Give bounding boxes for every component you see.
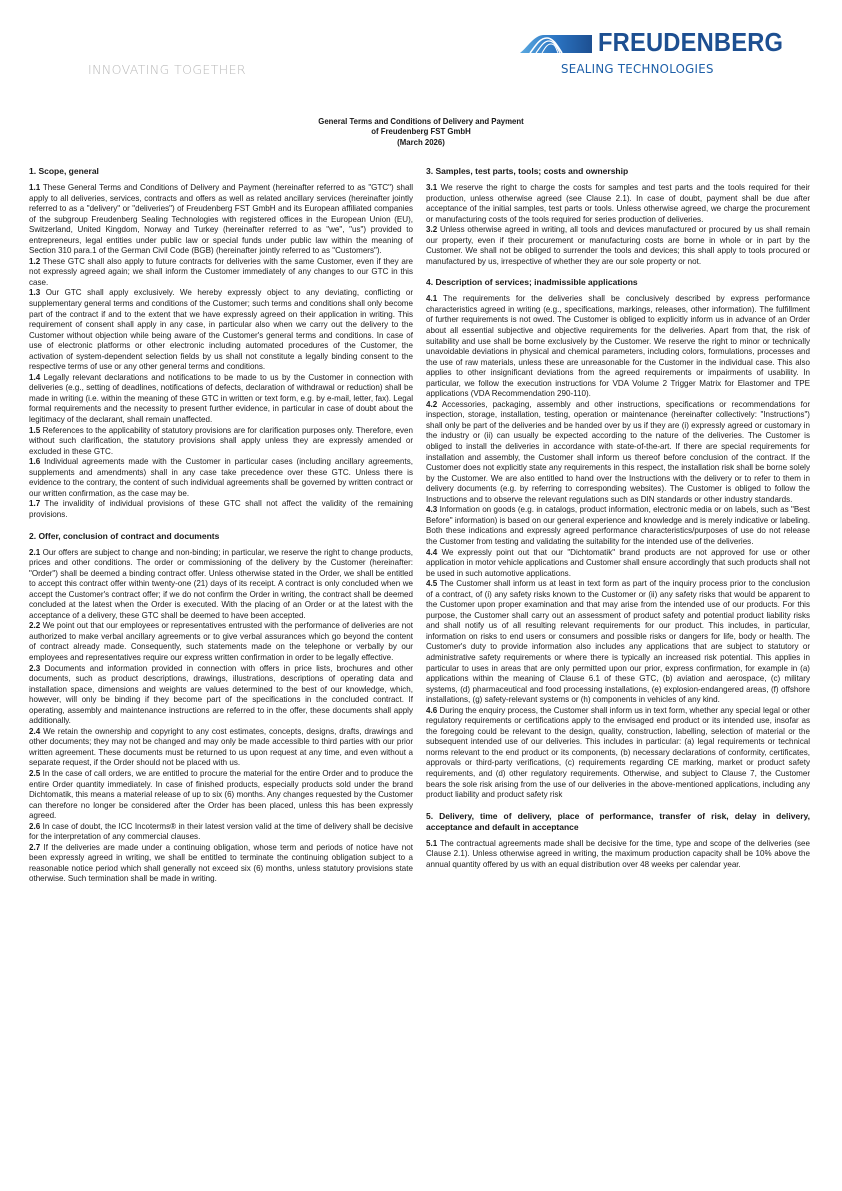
clause-paragraph: 2.2 We point out that our employees or r… [29, 621, 413, 663]
clause-paragraph: 2.1 Our offers are subject to change and… [29, 548, 413, 622]
clause-text: If the deliveries are made under a conti… [29, 843, 413, 884]
clause-number: 1.7 [29, 499, 40, 508]
clause-text: Documents and information provided in co… [29, 664, 413, 726]
clause-text: We expressly point out that our "Dichtom… [426, 548, 810, 578]
clause-text: The Customer shall inform us at least in… [426, 579, 810, 704]
clause-paragraph: 1.6 Individual agreements made with the … [29, 457, 413, 499]
title-line-1: General Terms and Conditions of Delivery… [29, 116, 812, 126]
title-line-2: of Freudenberg FST GmbH [29, 126, 812, 136]
clause-text: References to the applicability of statu… [29, 426, 413, 456]
clause-number: 4.5 [426, 579, 437, 588]
clause-number: 2.4 [29, 727, 40, 736]
clause-text: Individual agreements made with the Cust… [29, 457, 413, 498]
clause-number: 2.5 [29, 769, 40, 778]
clause-number: 3.2 [426, 225, 437, 234]
title-line-3: (March 2026) [29, 137, 812, 147]
clause-paragraph: 2.3 Documents and information provided i… [29, 664, 413, 727]
clause-number: 5.1 [426, 839, 437, 848]
clause-number: 2.1 [29, 548, 40, 557]
company-logo: FREUDENBERG SEALING TECHNOLOGIES [520, 30, 780, 80]
clause-number: 4.2 [426, 400, 437, 409]
clause-paragraph: 2.6 In case of doubt, the ICC Incoterms®… [29, 822, 413, 843]
clause-text: We retain the ownership and copyright to… [29, 727, 413, 768]
clause-number: 1.2 [29, 257, 40, 266]
clause-number: 4.4 [426, 548, 437, 557]
clause-paragraph: 1.2 These GTC shall also apply to future… [29, 257, 413, 289]
clause-number: 2.7 [29, 843, 40, 852]
clause-paragraph: 4.6 During the enquiry process, the Cust… [426, 706, 810, 801]
freudenberg-wave-icon [520, 33, 592, 53]
document-title: General Terms and Conditions of Delivery… [29, 116, 812, 147]
section: 2. Offer, conclusion of contract and doc… [29, 531, 413, 886]
logo-brand-text: FREUDENBERG [598, 29, 783, 58]
clause-paragraph: 4.2 Accessories, packaging, assembly and… [426, 400, 810, 505]
section-heading: 5. Delivery, time of delivery, place of … [426, 811, 810, 833]
section: 3. Samples, test parts, tools; costs and… [426, 166, 810, 267]
section-heading: 1. Scope, general [29, 166, 413, 177]
clause-paragraph: 4.5 The Customer shall inform us at leas… [426, 579, 810, 706]
clause-text: The requirements for the deliveries shal… [426, 294, 810, 398]
tagline: INNOVATING TOGETHER [88, 62, 246, 77]
clause-number: 2.2 [29, 621, 40, 630]
logo-division-text: SEALING TECHNOLOGIES [561, 61, 714, 76]
clause-number: 2.3 [29, 664, 40, 673]
section-heading: 4. Description of services; inadmissible… [426, 277, 810, 288]
section: 5. Delivery, time of delivery, place of … [426, 811, 810, 871]
clause-paragraph: 5.1 The contractual agreements made shal… [426, 839, 810, 871]
section-heading: 3. Samples, test parts, tools; costs and… [426, 166, 810, 177]
clause-paragraph: 2.7 If the deliveries are made under a c… [29, 843, 413, 885]
clause-number: 2.6 [29, 822, 40, 831]
clause-paragraph: 1.1 These General Terms and Conditions o… [29, 183, 413, 257]
clause-number: 4.1 [426, 294, 437, 303]
clause-paragraph: 4.1 The requirements for the deliveries … [426, 294, 810, 399]
left-column: 1. Scope, general1.1 These General Terms… [29, 166, 413, 895]
clause-paragraph: 1.4 Legally relevant declarations and no… [29, 373, 413, 426]
clause-paragraph: 2.5 In the case of call orders, we are e… [29, 769, 413, 822]
clause-number: 4.3 [426, 505, 437, 514]
clause-text: These GTC shall also apply to future con… [29, 257, 413, 287]
clause-paragraph: 3.1 We reserve the right to charge the c… [426, 183, 810, 225]
clause-number: 1.3 [29, 288, 40, 297]
clause-number: 3.1 [426, 183, 437, 192]
clause-text: The contractual agreements made shall be… [426, 839, 810, 869]
clause-text: During the enquiry process, the Customer… [426, 706, 810, 799]
clause-text: Accessories, packaging, assembly and oth… [426, 400, 810, 504]
clause-text: We reserve the right to charge the costs… [426, 183, 810, 224]
clause-text: Our offers are subject to change and non… [29, 548, 413, 620]
clause-number: 1.5 [29, 426, 40, 435]
clause-text: Legally relevant declarations and notifi… [29, 373, 413, 424]
clause-text: The invalidity of individual provisions … [29, 499, 413, 519]
clause-text: In the case of call orders, we are entit… [29, 769, 413, 820]
right-column: 3. Samples, test parts, tools; costs and… [426, 166, 810, 880]
section: 4. Description of services; inadmissible… [426, 277, 810, 800]
clause-number: 1.4 [29, 373, 40, 382]
clause-text: Unless otherwise agreed in writing, all … [426, 225, 810, 266]
clause-number: 1.6 [29, 457, 40, 466]
section-heading: 2. Offer, conclusion of contract and doc… [29, 531, 413, 542]
clause-paragraph: 1.5 References to the applicability of s… [29, 426, 413, 458]
clause-paragraph: 1.3 Our GTC shall apply exclusively. We … [29, 288, 413, 372]
section: 1. Scope, general1.1 These General Terms… [29, 166, 413, 521]
clause-paragraph: 4.3 Information on goods (e.g. in catalo… [426, 505, 810, 547]
clause-paragraph: 1.7 The invalidity of individual provisi… [29, 499, 413, 520]
clause-paragraph: 4.4 We expressly point out that our "Dic… [426, 548, 810, 580]
clause-text: These General Terms and Conditions of De… [29, 183, 413, 255]
clause-text: In case of doubt, the ICC Incoterms® in … [29, 822, 413, 842]
clause-paragraph: 3.2 Unless otherwise agreed in writing, … [426, 225, 810, 267]
clause-text: Our GTC shall apply exclusively. We here… [29, 288, 413, 371]
clause-text: We point out that our employees or repre… [29, 621, 413, 662]
clause-paragraph: 2.4 We retain the ownership and copyrigh… [29, 727, 413, 769]
clause-number: 1.1 [29, 183, 40, 192]
clause-number: 4.6 [426, 706, 437, 715]
clause-text: Information on goods (e.g. in catalogs, … [426, 505, 810, 546]
